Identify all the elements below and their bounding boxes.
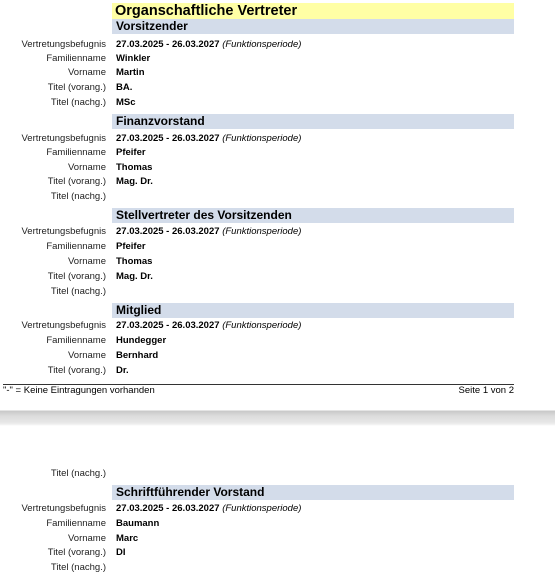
row-vorname: Vorname Bernhard xyxy=(0,348,555,363)
label-befugnis: Vertretungsbefugnis xyxy=(21,501,106,516)
label-vorname: Vorname xyxy=(68,160,106,175)
label-titel-vor: Titel (vorang.) xyxy=(48,174,106,189)
label-titel-nach: Titel (nachg.) xyxy=(51,560,106,575)
label-titel-nach: Titel (nachg.) xyxy=(51,95,106,110)
row-befugnis: Vertretungsbefugnis 27.03.2025 - 26.03.2… xyxy=(0,501,555,516)
value-vorname: Thomas xyxy=(116,254,152,269)
label-familienname: Familienname xyxy=(46,239,106,254)
value-befugnis: 27.03.2025 - 26.03.2027 (Funktionsperiod… xyxy=(116,224,301,239)
row-titel-vor: Titel (vorang.) Dr. xyxy=(0,363,555,378)
label-vorname: Vorname xyxy=(68,348,106,363)
period-note: (Funktionsperiode) xyxy=(222,320,301,331)
value-titel-nach: MSc xyxy=(116,95,136,110)
label-familienname: Familienname xyxy=(46,51,106,66)
value-familienname: Hundegger xyxy=(116,333,166,348)
row-familienname: Familienname Baumann xyxy=(0,516,555,531)
period-note: (Funktionsperiode) xyxy=(222,39,301,50)
row-familienname: Familienname Pfeifer xyxy=(0,145,555,160)
label-titel-nach: Titel (nachg.) xyxy=(51,189,106,204)
section-header-mitglied: Mitglied xyxy=(112,303,514,318)
label-vorname: Vorname xyxy=(68,254,106,269)
label-titel-vor: Titel (vorang.) xyxy=(48,80,106,95)
row-befugnis: Vertretungsbefugnis 27.03.2025 - 26.03.2… xyxy=(0,224,555,239)
page-number: Seite 1 von 2 xyxy=(459,385,514,397)
row-vorname: Vorname Thomas xyxy=(0,254,555,269)
value-titel-vor: Dr. xyxy=(116,363,129,378)
value-vorname: Thomas xyxy=(116,160,152,175)
label-titel-vor: Titel (vorang.) xyxy=(48,545,106,560)
section-header-finanzvorstand: Finanzvorstand xyxy=(112,114,514,129)
label-titel-vor: Titel (vorang.) xyxy=(48,269,106,284)
row-titel-nach: Titel (nachg.) xyxy=(0,560,555,575)
value-titel-vor: Mag. Dr. xyxy=(116,269,153,284)
row-titel-nach: Titel (nachg.) xyxy=(0,284,555,299)
row-familienname: Familienname Pfeifer xyxy=(0,239,555,254)
value-vorname: Martin xyxy=(116,65,145,80)
value-titel-vor: Mag. Dr. xyxy=(116,174,153,189)
label-titel-nach: Titel (nachg.) xyxy=(51,284,106,299)
value-familienname: Baumann xyxy=(116,516,159,531)
value-familienname: Pfeifer xyxy=(116,145,146,160)
value-befugnis: 27.03.2025 - 26.03.2027 (Funktionsperiod… xyxy=(116,501,301,516)
label-vorname: Vorname xyxy=(68,531,106,546)
label-titel-nach: Titel (nachg.) xyxy=(51,466,106,481)
label-familienname: Familienname xyxy=(46,516,106,531)
section-header-schriftfuehrer: Schriftführender Vorstand xyxy=(112,485,514,500)
row-befugnis: Vertretungsbefugnis 27.03.2025 - 26.03.2… xyxy=(0,131,555,146)
period-dates: 27.03.2025 - 26.03.2027 xyxy=(116,133,220,144)
period-note: (Funktionsperiode) xyxy=(222,133,301,144)
row-titel-vor: Titel (vorang.) DI xyxy=(0,545,555,560)
label-befugnis: Vertretungsbefugnis xyxy=(21,37,106,52)
row-vorname: Vorname Martin xyxy=(0,65,555,80)
label-familienname: Familienname xyxy=(46,333,106,348)
page-2: Titel (nachg.) Schriftführender Vorstand… xyxy=(0,428,555,576)
period-dates: 27.03.2025 - 26.03.2027 xyxy=(116,320,220,331)
value-befugnis: 27.03.2025 - 26.03.2027 (Funktionsperiod… xyxy=(116,318,301,333)
row-titel-vor: Titel (vorang.) BA. xyxy=(0,80,555,95)
period-dates: 27.03.2025 - 26.03.2027 xyxy=(116,226,220,237)
value-familienname: Pfeifer xyxy=(116,239,146,254)
page-separator xyxy=(0,404,555,428)
label-titel-vor: Titel (vorang.) xyxy=(48,363,106,378)
row-vorname: Vorname Thomas xyxy=(0,160,555,175)
value-titel-vor: BA. xyxy=(116,80,132,95)
period-dates: 27.03.2025 - 26.03.2027 xyxy=(116,39,220,50)
period-dates: 27.03.2025 - 26.03.2027 xyxy=(116,503,220,514)
value-familienname: Winkler xyxy=(116,51,150,66)
section-header-stellvertreter: Stellvertreter des Vorsitzenden xyxy=(112,208,514,223)
label-vorname: Vorname xyxy=(68,65,106,80)
row-titel-vor: Titel (vorang.) Mag. Dr. xyxy=(0,269,555,284)
row-titel-vor: Titel (vorang.) Mag. Dr. xyxy=(0,174,555,189)
row-befugnis: Vertretungsbefugnis 27.03.2025 - 26.03.2… xyxy=(0,318,555,333)
value-befugnis: 27.03.2025 - 26.03.2027 (Funktionsperiod… xyxy=(116,131,301,146)
label-befugnis: Vertretungsbefugnis xyxy=(21,131,106,146)
footer-legend: "-" = Keine Eintragungen vorhanden xyxy=(3,385,155,397)
row-titel-nach: Titel (nachg.) xyxy=(0,466,555,481)
value-titel-vor: DI xyxy=(116,545,126,560)
label-befugnis: Vertretungsbefugnis xyxy=(21,224,106,239)
section-header-vorsitzender: Vorsitzender xyxy=(112,19,514,34)
label-familienname: Familienname xyxy=(46,145,106,160)
value-vorname: Marc xyxy=(116,531,138,546)
row-titel-nach: Titel (nachg.) MSc xyxy=(0,95,555,110)
row-familienname: Familienname Hundegger xyxy=(0,333,555,348)
row-befugnis: Vertretungsbefugnis 27.03.2025 - 26.03.2… xyxy=(0,37,555,52)
label-befugnis: Vertretungsbefugnis xyxy=(21,318,106,333)
document-title: Organschaftliche Vertreter xyxy=(112,3,514,19)
period-note: (Funktionsperiode) xyxy=(222,226,301,237)
value-befugnis: 27.03.2025 - 26.03.2027 (Funktionsperiod… xyxy=(116,37,301,52)
page-1: Organschaftliche Vertreter Vorsitzender … xyxy=(0,0,555,404)
value-vorname: Bernhard xyxy=(116,348,158,363)
row-vorname: Vorname Marc xyxy=(0,531,555,546)
row-titel-nach: Titel (nachg.) xyxy=(0,189,555,204)
row-familienname: Familienname Winkler xyxy=(0,51,555,66)
period-note: (Funktionsperiode) xyxy=(222,503,301,514)
